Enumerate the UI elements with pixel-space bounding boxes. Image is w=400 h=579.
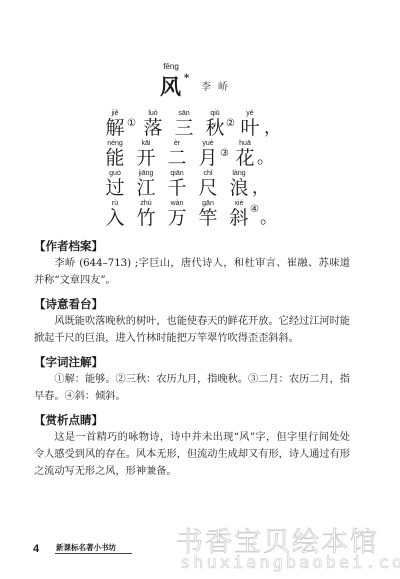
- section-heading-meaning: 【诗意看台】: [34, 296, 103, 312]
- glossary-text: ①解：能够。②三秋：农历九月，指晚秋。③二月：农历二月，指早春。④斜：倾斜。: [34, 371, 350, 405]
- poem-title: 风: [160, 71, 181, 101]
- note-marker: ④: [250, 204, 259, 215]
- poem-char: guò过: [102, 169, 128, 199]
- section-heading-appreciation: 【赏析点睛】: [34, 412, 103, 428]
- punctuation: 。: [260, 208, 277, 229]
- poem-char: jiě解: [102, 109, 128, 139]
- poem-char: èr二: [164, 139, 190, 169]
- title-asterisk: *: [184, 73, 189, 84]
- title-pinyin: fēng: [160, 62, 182, 71]
- poem-char: yè叶: [237, 109, 263, 139]
- poem-char: néng能: [102, 139, 128, 169]
- poem-char: jiāng江: [133, 169, 159, 199]
- poem-char: yuè月: [195, 139, 221, 169]
- note-marker: ②: [226, 118, 235, 129]
- note-marker: ①: [127, 118, 136, 129]
- poem-char: qiān千: [164, 169, 190, 199]
- poem-char: zhú竹: [133, 199, 159, 229]
- series-name: 新课标名著小书坊: [56, 542, 116, 553]
- watermark-url: shuxiangbaobei.com: [180, 553, 400, 573]
- note-marker: ③: [220, 148, 229, 159]
- section-heading-glossary: 【字词注解】: [34, 354, 103, 370]
- punctuation: ，: [264, 118, 281, 139]
- poem-char: huā花: [232, 139, 258, 169]
- poem-char: wàn万: [164, 199, 190, 229]
- page-number: 4: [33, 543, 39, 555]
- punctuation: ，: [252, 178, 269, 199]
- poem-char: qiū秋: [202, 109, 228, 139]
- footer-divider: [55, 553, 132, 554]
- author-file-text: 李峤 (644–713) ;字巨山，唐代诗人，和杜审言、崔融、苏味道并称“文章四…: [34, 255, 350, 289]
- punctuation: 。: [257, 148, 274, 169]
- poem-char: xié斜: [226, 199, 252, 229]
- poem-char: chǐ尺: [195, 169, 221, 199]
- poem-char: sān三: [171, 109, 197, 139]
- poem-char: kāi开: [133, 139, 159, 169]
- poem-char: gān竿: [195, 199, 221, 229]
- section-heading-author-file: 【作者档案】: [34, 238, 103, 254]
- poem-char: làng浪: [226, 169, 252, 199]
- poem-char: luò落: [140, 109, 166, 139]
- meaning-text: 风既能吹落晚秋的树叶，也能使春天的鲜花开放。它经过江河时能掀起千尺的巨浪，进入竹…: [34, 313, 350, 347]
- poem-author: 李峤: [201, 78, 235, 93]
- appreciation-text: 这是一首精巧的咏物诗，诗中并未出现“风”字，但字里行间处处令人感受到风的存在。风…: [34, 429, 350, 480]
- poem-char: rù入: [102, 199, 128, 229]
